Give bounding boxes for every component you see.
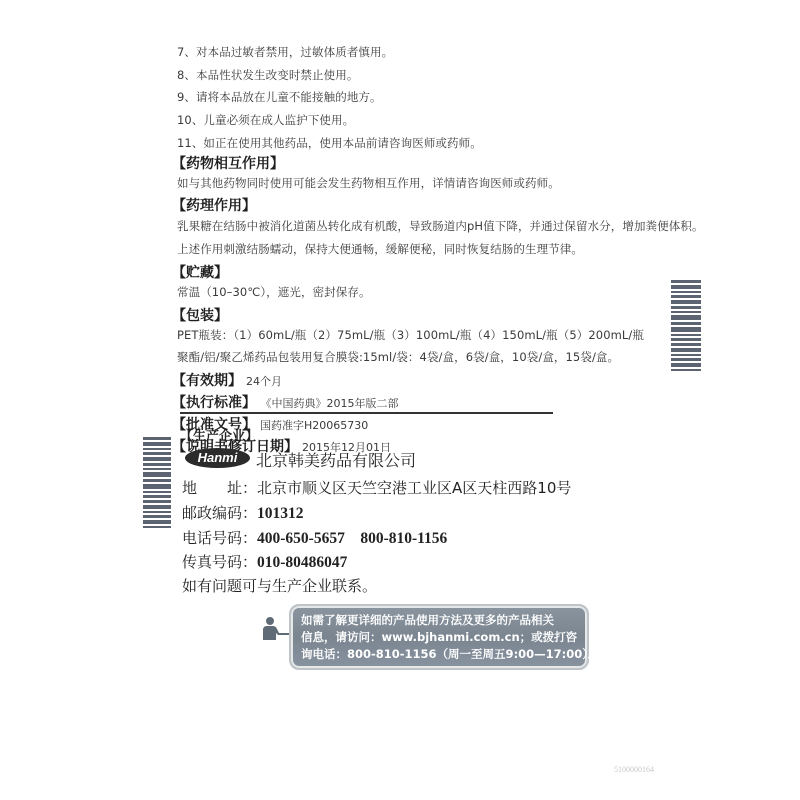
precaution-item-8: 8、本品性状发生改变时禁止使用。 <box>177 67 358 83</box>
hanmi-logo: Hanmi <box>185 448 250 468</box>
section-divider <box>180 412 553 414</box>
storage-text: 常温（10–30℃），遮光，密封保存。 <box>177 284 371 300</box>
phone-row: 电话号码：400-650-5657 800-810-1156 <box>182 526 447 548</box>
interactions-text: 如与其他药物同时使用可能会发生药物相互作用，详情请咨询医师或药师。 <box>177 175 560 191</box>
phone-value: 400-650-5657 800-810-1156 <box>257 530 447 547</box>
info-line-1: 如需了解更详细的产品使用方法及更多的产品相关 <box>301 612 554 628</box>
info-line-3: 询电话：800-810-1156（周一至周五9:00—17:00）。 <box>301 646 600 662</box>
person-at-desk-icon <box>262 616 292 640</box>
validity-value: 24个月 <box>246 375 282 388</box>
validity-row: 【有效期】24个月 <box>172 370 282 390</box>
info-callout-box: 如需了解更详细的产品使用方法及更多的产品相关 信息，请访问：www.bjhanm… <box>289 604 589 670</box>
address-label: 地 址： <box>182 479 257 497</box>
phone-label: 电话号码： <box>182 529 257 547</box>
postcode-label: 邮政编码： <box>182 504 257 522</box>
precaution-item-11: 11、如正在使用其他药品，使用本品前请咨询医师或药师。 <box>177 135 482 151</box>
contact-note: 如有问题可与生产企业联系。 <box>182 575 377 596</box>
address-value: 北京市顺义区天竺空港工业区A区天柱西路10号 <box>257 479 571 497</box>
fax-label: 传真号码： <box>182 553 257 571</box>
packaging-heading: 【包装】 <box>172 305 228 325</box>
postcode-row: 邮政编码：101312 <box>182 502 304 523</box>
validity-heading: 【有效期】 <box>172 373 242 389</box>
right-barcode <box>671 280 701 371</box>
pharmacology-line-1: 乳果糖在结肠中被消化道菌丛转化成有机酸，导致肠道内pH值下降，并通过保留水分，增… <box>177 218 704 234</box>
footer-code: 5100000164 <box>614 765 654 774</box>
approval-value: 国药准字H20065730 <box>260 419 368 432</box>
postcode-value: 101312 <box>257 505 304 522</box>
address-row: 地 址：北京市顺义区天竺空港工业区A区天柱西路10号 <box>182 477 571 498</box>
fax-value: 010-80486047 <box>257 554 347 571</box>
info-line-2: 信息，请访问：www.bjhanmi.com.cn；或拨打咨 <box>301 629 577 645</box>
company-name: 北京韩美药品有限公司 <box>256 448 416 471</box>
precaution-item-7: 7、对本品过敏者禁用，过敏体质者慎用。 <box>177 44 393 60</box>
packaging-line-1: PET瓶装：（1）60mL/瓶（2）75mL/瓶（3）100mL/瓶（4）150… <box>177 327 644 343</box>
storage-heading: 【贮藏】 <box>172 262 228 282</box>
fax-row: 传真号码：010-80486047 <box>182 551 347 572</box>
pharmacology-line-2: 上述作用刺激结肠蠕动，保持大便通畅，缓解便秘，同时恢复结肠的生理节律。 <box>177 241 583 257</box>
interactions-heading: 【药物相互作用】 <box>172 153 284 173</box>
standard-row: 【执行标准】《中国药典》2015年版二部 <box>172 392 399 412</box>
left-barcode <box>143 437 171 528</box>
standard-heading: 【执行标准】 <box>172 395 256 411</box>
precaution-item-9: 9、请将本品放在儿童不能接触的地方。 <box>177 89 382 105</box>
packaging-line-2: 聚酯/铝/聚乙烯药品包装用复合膜袋:15ml/袋：4袋/盒，6袋/盒，10袋/盒… <box>177 349 619 365</box>
manufacturer-heading: 【生产企业】 <box>180 425 258 444</box>
pharmacology-heading: 【药理作用】 <box>172 195 256 215</box>
standard-value: 《中国药典》2015年版二部 <box>266 397 399 410</box>
precaution-item-10: 10、儿童必须在成人监护下使用。 <box>177 112 354 128</box>
